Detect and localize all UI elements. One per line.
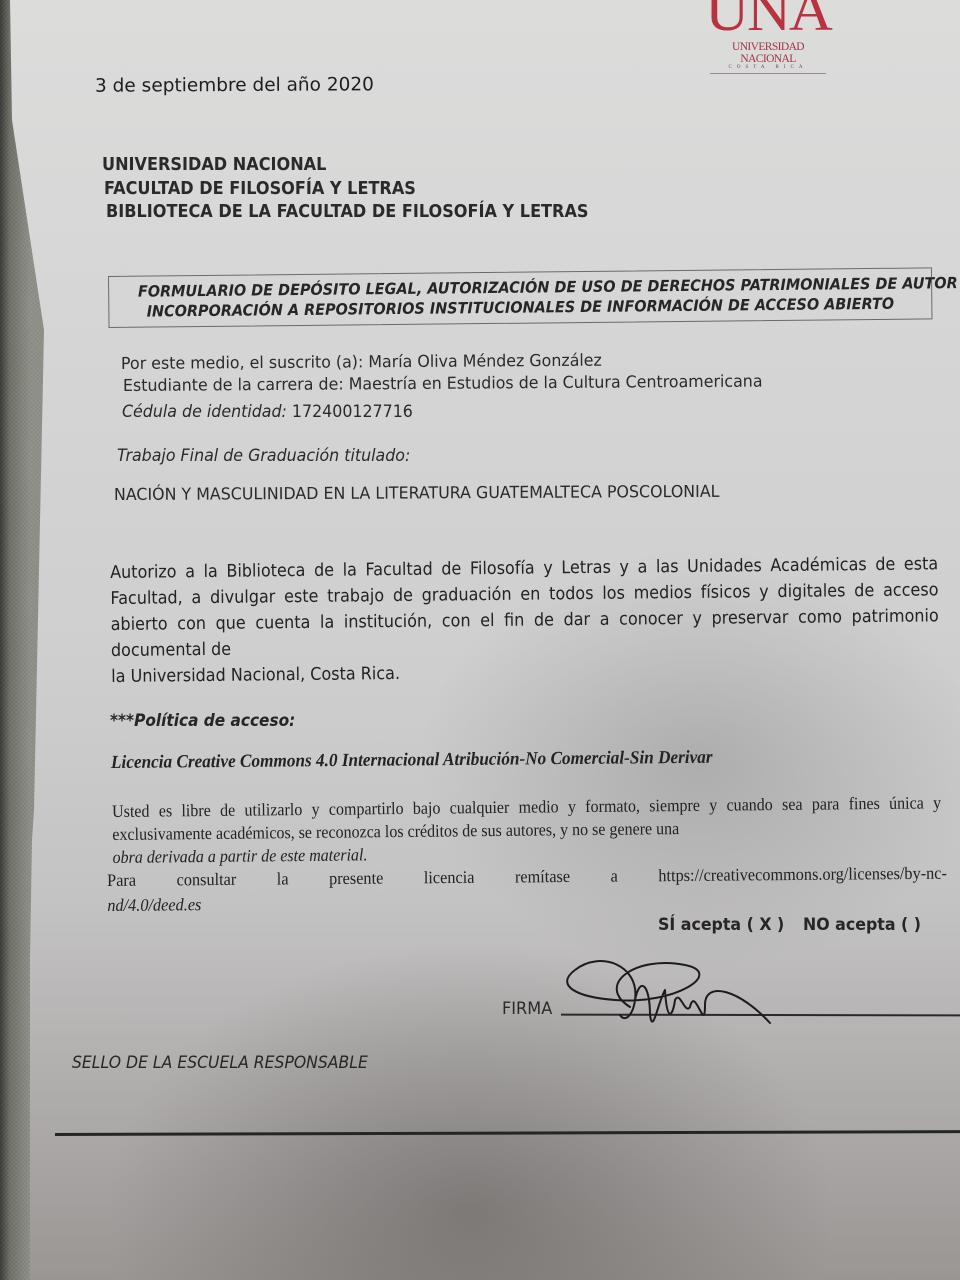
license-name: Licencia Creative Commons 4.0 Internacio…	[111, 748, 713, 774]
policy-heading: ***Política de acceso:	[110, 711, 295, 730]
applicant-career-row: Estudiante de la carrera de: Maestría en…	[123, 372, 763, 395]
handwritten-signature	[555, 945, 795, 1035]
document-date: 3 de septiembre del año 2020	[95, 74, 374, 96]
logo-rule	[710, 73, 826, 74]
stamp-line	[55, 1130, 960, 1136]
accept-yes-option[interactable]: SÍ acepta ( X )	[658, 915, 784, 935]
document-page: UNA UNIVERSIDAD NACIONAL COSTA RICA 3 de…	[0, 0, 960, 1280]
institution-line-3: BIBLIOTECA DE LA FACULTAD DE FILOSOFÍA Y…	[106, 202, 588, 222]
applicant-career: Maestría en Estudios de la Cultura Centr…	[349, 372, 763, 394]
school-stamp-label: SELLO DE LA ESCUELA RESPONSABLE	[72, 1053, 368, 1073]
applicant-id: 172400127716	[292, 402, 413, 421]
una-logo: UNA UNIVERSIDAD NACIONAL COSTA RICA	[706, 0, 830, 74]
thesis-label: Trabajo Final de Graduación titulado:	[117, 446, 410, 465]
authorization-paragraph: Autorizo a la Biblioteca de la Facultad …	[110, 551, 939, 690]
thesis-title: NACIÓN Y MASCULINIDAD EN LA LITERATURA G…	[114, 482, 720, 504]
applicant-career-label: Estudiante de la carrera de:	[123, 374, 344, 395]
applicant-id-label: Cédula de identidad:	[122, 402, 287, 421]
institution-line-2: FACULTAD DE FILOSOFÍA Y LETRAS	[104, 179, 416, 199]
logo-country: COSTA RICA	[706, 65, 830, 70]
authorization-last-line: la Universidad Nacional, Costa Rica.	[111, 655, 939, 690]
institution-line-1: UNIVERSIDAD NACIONAL	[102, 155, 326, 175]
logo-name: UNIVERSIDAD NACIONAL	[706, 41, 830, 65]
form-title-box: FORMULARIO DE DEPÓSITO LEGAL, AUTORIZACI…	[108, 267, 932, 328]
license-terms: Usted es libre de utilizarlo y compartir…	[112, 791, 942, 869]
license-consult: Para consultar la presente licencia remí…	[107, 861, 947, 918]
license-terms-body: Usted es libre de utilizarlo y compartir…	[112, 792, 941, 844]
applicant-name-label: Por este medio, el suscrito (a):	[121, 352, 363, 373]
applicant-name-row: Por este medio, el suscrito (a): María O…	[121, 351, 602, 373]
signature-label: FIRMA	[502, 999, 552, 1019]
applicant-name: María Oliva Méndez González	[368, 351, 602, 372]
logo-mark: UNA	[703, 0, 833, 40]
applicant-id-row: Cédula de identidad: 172400127716	[122, 402, 413, 421]
authorization-body: Autorizo a la Biblioteca de la Facultad …	[110, 554, 939, 661]
accept-no-option[interactable]: NO acepta ( )	[803, 915, 921, 935]
